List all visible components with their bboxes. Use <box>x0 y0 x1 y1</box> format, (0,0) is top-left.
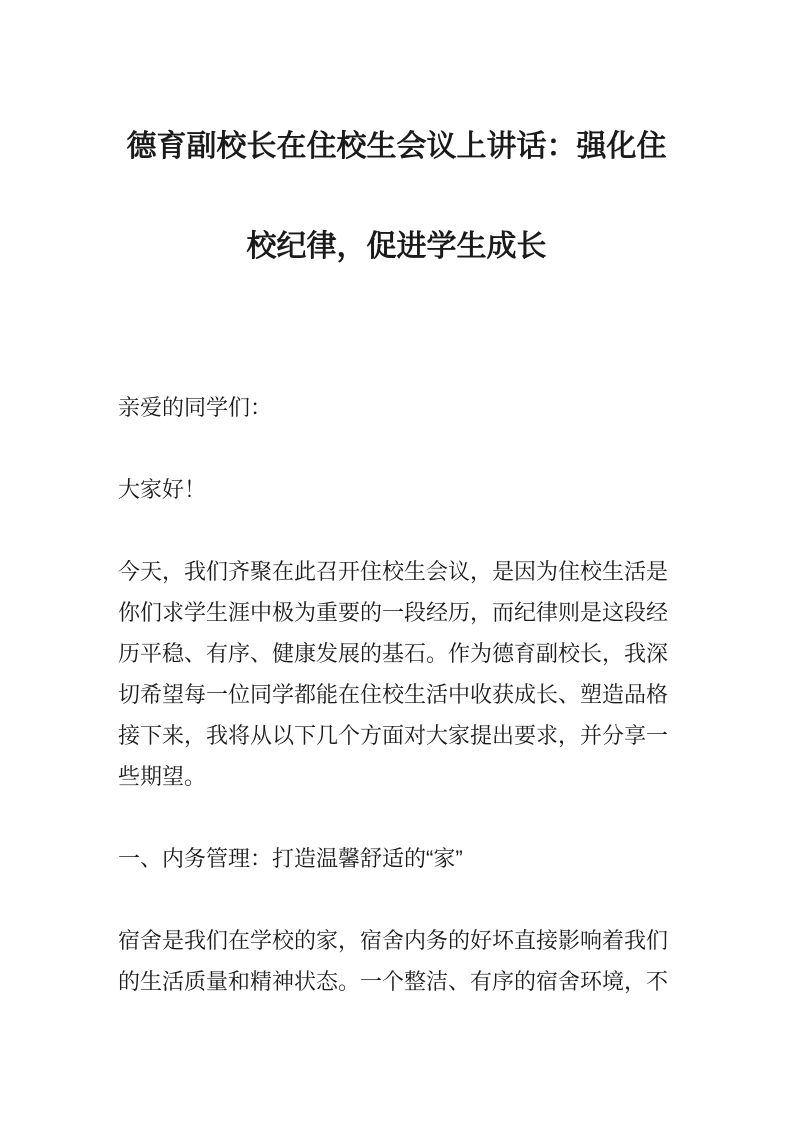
paragraph-intro: 今天，我们齐聚在此召开住校生会议，是因为住校生活是 你们求学生涯中极为重要的一段… <box>118 551 675 797</box>
paragraph-intro-line-2: 你们求学生涯中极为重要的一段经历，而纪律则是这段经 <box>118 592 675 633</box>
paragraph-dorm: 宿舍是我们在学校的家，宿舍内务的好坏直接影响着我们 的生活质量和精神状态。一个整… <box>118 920 675 1002</box>
section-heading-dorm-management: 一、内务管理：打造温馨舒适的“家” <box>118 838 675 879</box>
salutation-line: 亲爱的同学们： <box>118 387 675 428</box>
title-line-2: 校纪律，促进学生成长 <box>118 197 675 297</box>
title-line-1: 德育副校长在住校生会议上讲话：强化住 <box>118 97 675 197</box>
paragraph-dorm-line-2: 的生活质量和精神状态。一个整洁、有序的宿舍环境，不 <box>118 961 675 1002</box>
document-page: 德育副校长在住校生会议上讲话：强化住 校纪律，促进学生成长 亲爱的同学们： 大家… <box>0 0 793 1122</box>
paragraph-intro-line-1: 今天，我们齐聚在此召开住校生会议，是因为住校生活是 <box>118 551 675 592</box>
document-title: 德育副校长在住校生会议上讲话：强化住 校纪律，促进学生成长 <box>118 97 675 297</box>
paragraph-intro-line-3: 历平稳、有序、健康发展的基石。作为德育副校长，我深 <box>118 633 675 674</box>
paragraph-intro-line-4: 切希望每一位同学都能在住校生活中收获成长、塑造品格 <box>118 674 675 715</box>
paragraph-dorm-line-1: 宿舍是我们在学校的家，宿舍内务的好坏直接影响着我们 <box>118 920 675 961</box>
paragraph-intro-line-5: 接下来，我将从以下几个方面对大家提出要求，并分享一 <box>118 715 675 756</box>
greeting-line: 大家好！ <box>118 469 675 510</box>
paragraph-intro-line-6: 些期望。 <box>118 756 675 797</box>
